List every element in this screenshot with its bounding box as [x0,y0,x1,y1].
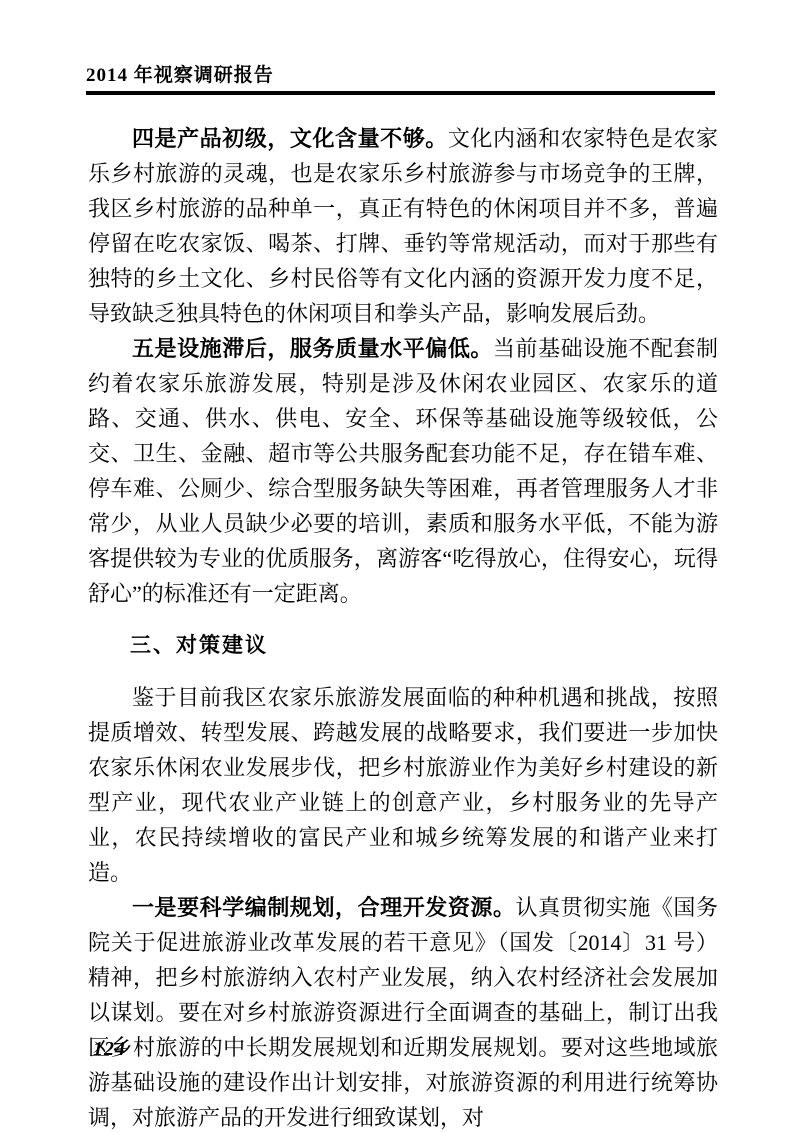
paragraph-text: 当前基础设施不配套制约着农家乐旅游发展，特别是涉及休闲农业园区、农家乐的道路、交… [88,336,718,606]
document-body: 四是产品初级，文化含量不够。文化内涵和农家特色是农家乐乡村旅游的灵魂，也是农家乐… [88,121,718,1133]
paragraph-measure-1: 一是要科学编制规划，合理开发资源。认真贯彻实施《国务院关于促进旅游业改革发展的若… [88,890,718,1133]
paragraph-lead: 一是要科学编制规划，合理开发资源。 [132,895,516,920]
document-page: 2014 年视察调研报告 四是产品初级，文化含量不够。文化内涵和农家特色是农家乐… [0,0,803,1133]
paragraph-text: 文化内涵和农家特色是农家乐乡村旅游的灵魂，也是农家乐乡村旅游参与市场竞争的王牌，… [88,126,718,326]
paragraph-lead: 五是设施滞后，服务质量水平偏低。 [132,336,493,361]
section-heading: 三、对策建议 [88,628,718,663]
paragraph-lead: 四是产品初级，文化含量不够。 [132,126,448,151]
page-number: 124 [93,1038,126,1061]
paragraph-problem-4: 四是产品初级，文化含量不够。文化内涵和农家特色是农家乐乡村旅游的灵魂，也是农家乐… [88,121,718,331]
header-rule [86,91,715,95]
header-title: 2014 年视察调研报告 [86,64,715,88]
paragraph-strategy-intro: 鉴于目前我区农家乐旅游发展面临的种种机遇和挑战，按照提质增效、转型发展、跨越发展… [88,680,718,890]
paragraph-problem-5: 五是设施滞后，服务质量水平偏低。当前基础设施不配套制约着农家乐旅游发展，特别是涉… [88,331,718,611]
page-header: 2014 年视察调研报告 [86,64,715,95]
paragraph-text: 认真贯彻实施《国务院关于促进旅游业改革发展的若干意见》（国发〔2014〕31 号… [88,895,718,1130]
paragraph-text: 鉴于目前我区农家乐旅游发展面临的种种机遇和挑战，按照提质增效、转型发展、跨越发展… [88,685,718,885]
